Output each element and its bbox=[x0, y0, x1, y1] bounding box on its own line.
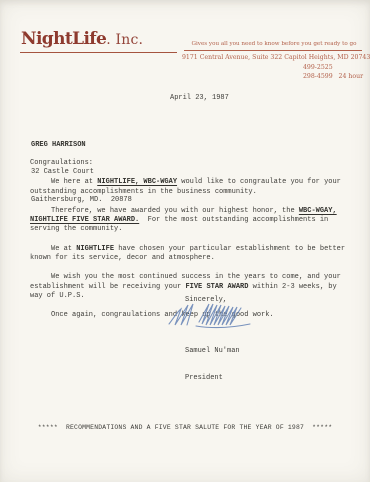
company-logo-suffix: . Inc. bbox=[106, 32, 143, 48]
company-logo: NightLife. Inc. bbox=[21, 29, 143, 49]
company-tagline: Gives you all you need to know before yo… bbox=[186, 41, 362, 47]
tagline-divider bbox=[184, 50, 362, 51]
logo-underline-divider bbox=[20, 52, 177, 53]
letter-paragraph: We at NIGHTLIFE have chosen your particu… bbox=[30, 245, 355, 264]
letter-date: April 23, 1987 bbox=[170, 94, 229, 102]
signer-name: Samuel Nu'man bbox=[185, 347, 240, 356]
phone-line-1: 499-2525 bbox=[303, 64, 363, 73]
letter-paper: NightLife. Inc. Gives you all you need t… bbox=[0, 0, 370, 482]
company-phones: 499-2525298-4599 24 hour bbox=[303, 64, 363, 81]
company-logo-main: NightLife bbox=[21, 29, 106, 49]
letter-paragraph: Therefore, we have awarded you with our … bbox=[30, 207, 355, 235]
company-address: 9171 Central Avenue, Suite 322 Capitol H… bbox=[182, 54, 364, 61]
letter-paragraph: We here at NIGHTLIFE, WBC-WGAY would lik… bbox=[30, 178, 355, 197]
recipient-name: GREG HARRISON bbox=[31, 141, 132, 150]
signer-title: President bbox=[185, 374, 240, 383]
phone-line-2: 298-4599 24 hour bbox=[303, 73, 363, 82]
letter-paragraph: Congraulations: bbox=[30, 159, 355, 168]
signer-block: Samuel Nu'man President bbox=[185, 328, 240, 402]
footer-salute-line: ***** RECOMMENDATIONS AND A FIVE STAR SA… bbox=[0, 424, 370, 431]
handwritten-signature-scribble-icon bbox=[166, 300, 276, 330]
